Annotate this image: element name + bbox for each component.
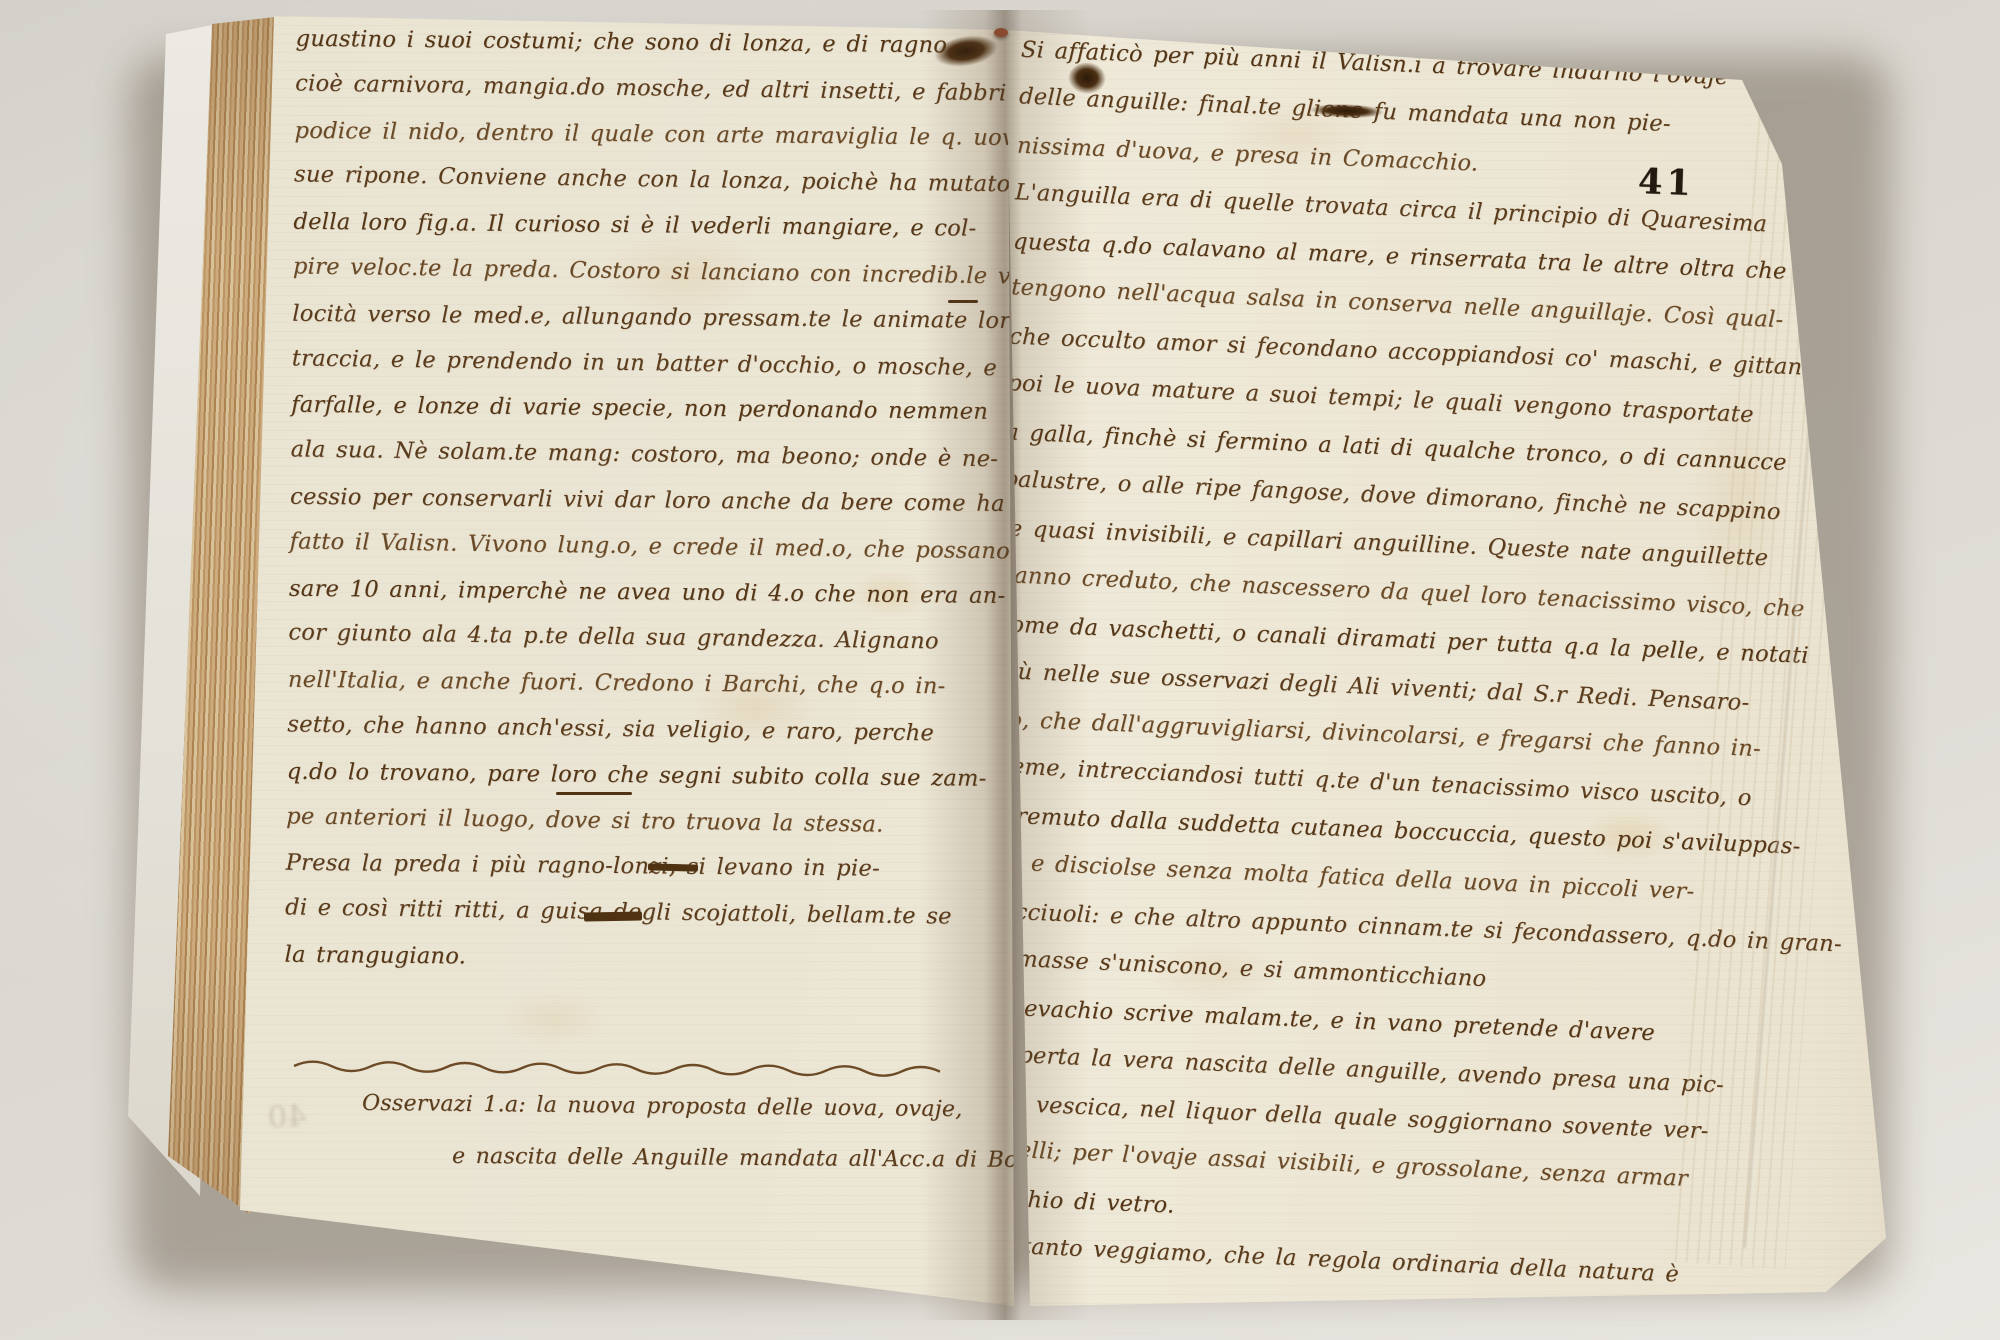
manuscript-photo: ( guastino i suoi costumi; che sono di l… — [0, 0, 2000, 1340]
left-page-text: guastino i suoi costumi; che sono di lon… — [284, 16, 1002, 986]
page-number: 41 — [1637, 161, 1695, 204]
manuscript-line: cioè carnivora, mangia.do mosche, ed alt… — [295, 61, 1002, 117]
paper-stain — [500, 990, 610, 1046]
observation-heading-line: Osservazi 1.a: la nuova proposta delle u… — [362, 1091, 963, 1122]
observation-heading-line: e nascita delle Anguille mandata all'Acc… — [452, 1144, 1060, 1173]
manuscript-line: cessio per conservarli vivi dar loro anc… — [290, 475, 996, 528]
manuscript-line: pire veloc.te la preda. Costoro si lanci… — [293, 244, 1000, 300]
manuscript-line: fatto il Valisn. Vivono lung.o, e crede … — [289, 519, 996, 575]
manuscript-line: locità verso le med.e, allungando pressa… — [292, 291, 998, 344]
manuscript-line: setto, che hanno anch'essi, sia veligio,… — [287, 702, 994, 758]
right-page-text: Si affaticò per più anni il Valisn.i a t… — [971, 26, 1769, 1301]
headband — [994, 28, 1008, 37]
manuscript-line: q.do lo trovano, pare loro che segni sub… — [287, 749, 993, 802]
manuscript-line: guastino i suoi costumi; che sono di lon… — [295, 17, 1001, 70]
manuscript-line: la trangugiano. — [284, 933, 990, 986]
show-through-page-number: 40 — [267, 1099, 307, 1136]
section-divider-wave — [292, 1057, 978, 1079]
